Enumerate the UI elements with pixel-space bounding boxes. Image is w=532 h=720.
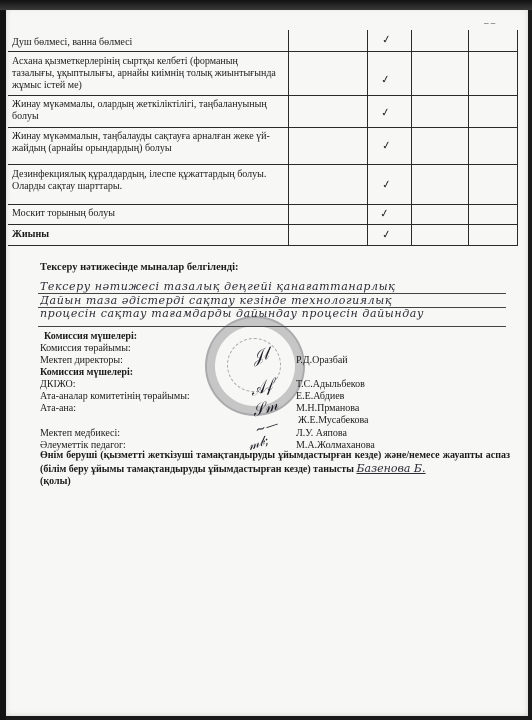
commission-role: Ата-ана:	[40, 403, 76, 415]
check-mark-icon: ✓	[379, 206, 390, 220]
table-row-label: Душ бөлмесі, ванна бөлмесі	[12, 37, 282, 49]
handwritten-finding-line: Тексеру нәтижесі тазалық деңгейі қанағат…	[40, 280, 506, 293]
findings-title: Тексеру нәтижесінде мыналар белгіленді:	[40, 262, 239, 273]
commission-heading: Комиссия мүшелері:	[44, 331, 137, 343]
commission-role: ДКІЖО:	[40, 379, 76, 391]
table-row-label: Асхана қызметкерлерінің сыртқы келбеті (…	[12, 56, 282, 92]
commission-member-name: Т.С.Адыльбеков	[296, 379, 365, 391]
scan-top-edge	[0, 0, 532, 10]
check-mark-icon: ✓	[381, 227, 392, 241]
commission-role: Мектеп медбикесі:	[40, 428, 120, 440]
check-mark-icon: ✓	[381, 177, 392, 191]
commission-role: Мектеп директоры:	[40, 355, 123, 367]
table-row-label: Жинау мүкәммалы, олардың жеткіліктілігі,…	[12, 99, 282, 123]
handwritten-finding-line: Дайын таза әдістерді сақтау кезінде техн…	[40, 294, 506, 307]
table-row-total-label: Жиыны	[12, 229, 282, 241]
check-mark-icon: ✓	[381, 32, 392, 46]
table-row-label: Жинау мүкәммалын, таңбалауды сақтауға ар…	[12, 131, 282, 155]
commission-member-name: Л.У. Аяпова	[296, 428, 347, 440]
commission-role: Комиссия мүшелері:	[40, 367, 133, 379]
acknowledgement-body: Өнім беруші (қызметті жеткізуші тамақтан…	[40, 450, 510, 475]
commission-member-name: М.Н.Прманова	[296, 403, 359, 415]
commission-role: Комиссия төрайымы:	[40, 343, 131, 355]
check-mark-icon: ✓	[380, 72, 391, 86]
pen-mark: – –	[484, 18, 495, 28]
commission-role: Ата-аналар комитетінің төрайымы:	[40, 391, 190, 403]
handwritten-finding-line: процесін сақтау тағамдарды дайындау проц…	[40, 307, 506, 320]
commission-member-name: Ж.Е.Мусабекова	[298, 415, 368, 427]
check-mark-icon: ✓	[381, 138, 392, 152]
acknowledgement-text: Өнім беруші (қызметті жеткізуші тамақтан…	[40, 450, 510, 489]
check-mark-icon: ✓	[380, 105, 391, 119]
table-row-label: Москит торының болуы	[12, 208, 282, 220]
table-row-label: Дезинфекциялық құралдардың, ілеспе құжат…	[12, 169, 282, 193]
commission-member-name: Р.Д.Оразбай	[296, 355, 348, 367]
handwritten-signature: Базенова Б.	[356, 462, 425, 475]
commission-member-name: Е.Е.Абдиев	[296, 391, 344, 403]
signature-label: (қолы)	[40, 476, 71, 487]
